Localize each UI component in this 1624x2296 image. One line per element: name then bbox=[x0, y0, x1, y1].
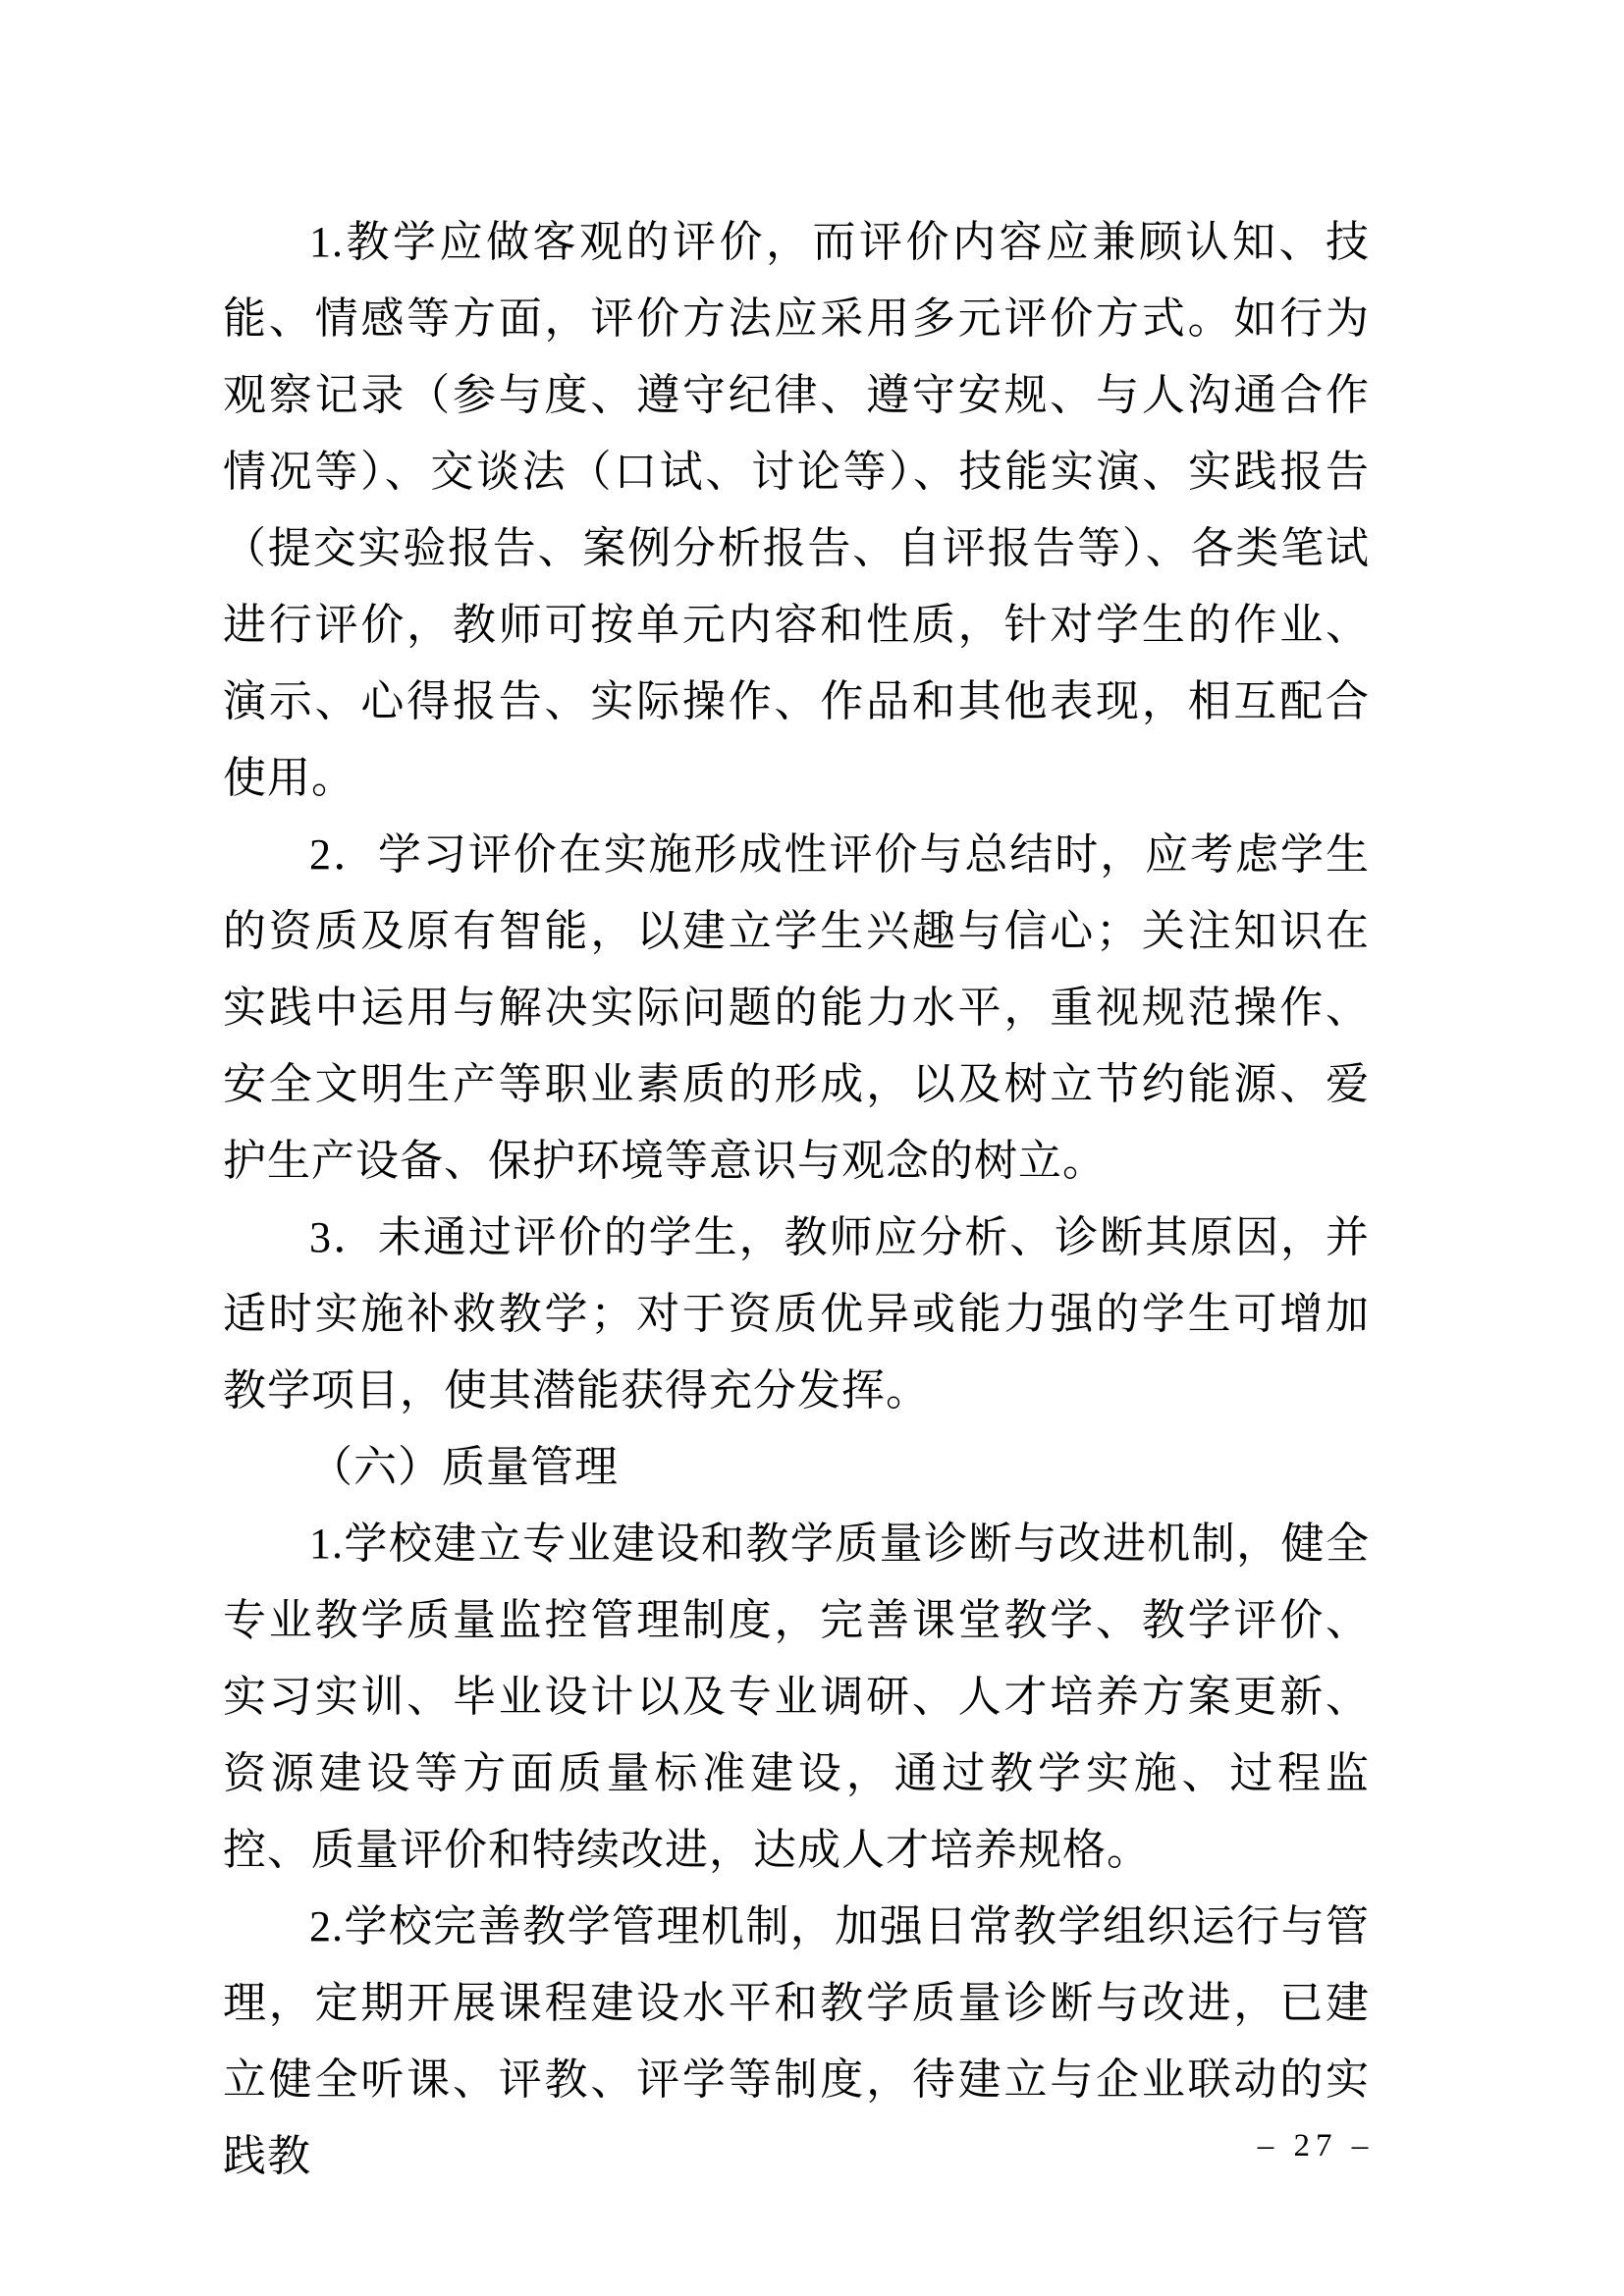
document-body: 1.教学应做客观的评价，而评价内容应兼顾认知、技能、情感等方面，评价方法应采用多… bbox=[223, 204, 1370, 2195]
body-paragraph-3: 3．未通过评价的学生，教师应分析、诊断其原因，并适时实施补救教学；对于资质优异或… bbox=[223, 1200, 1370, 1429]
section-heading-quality-management: （六）质量管理 bbox=[223, 1429, 1370, 1506]
body-paragraph-5: 2.学校完善教学管理机制，加强日常教学组织运行与管理，定期开展课程建设水平和教学… bbox=[223, 1889, 1370, 2195]
body-paragraph-2: 2．学习评价在实施形成性评价与总结时，应考虑学生的资质及原有智能，以建立学生兴趣… bbox=[223, 817, 1370, 1200]
document-page: 1.教学应做客观的评价，而评价内容应兼顾认知、技能、情感等方面，评价方法应采用多… bbox=[0, 0, 1624, 2296]
body-paragraph-1: 1.教学应做客观的评价，而评价内容应兼顾认知、技能、情感等方面，评价方法应采用多… bbox=[223, 204, 1370, 817]
page-number: – 27 – bbox=[1218, 2128, 1414, 2164]
body-paragraph-4: 1.学校建立专业建设和教学质量诊断与改进机制，健全专业教学质量监控管理制度，完善… bbox=[223, 1506, 1370, 1889]
